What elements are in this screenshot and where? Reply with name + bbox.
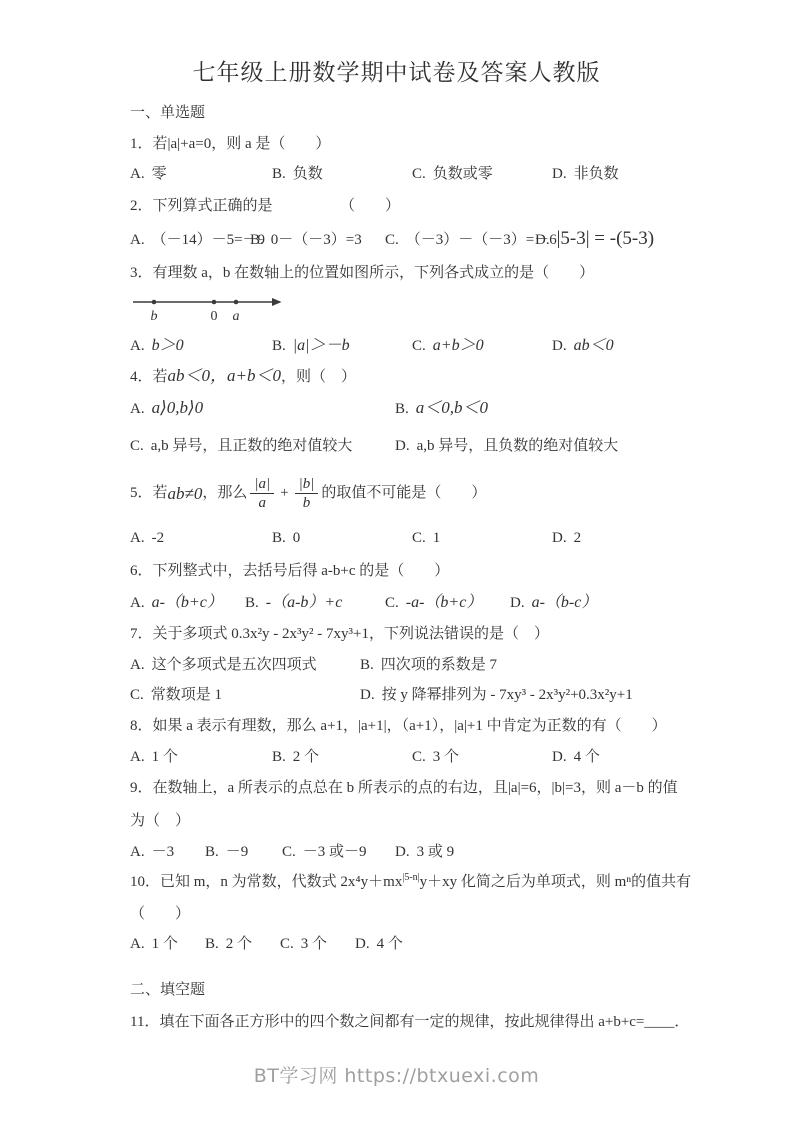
option-b: B.负数 xyxy=(272,164,412,185)
option-label: B. xyxy=(272,166,286,182)
option-label: B. xyxy=(245,595,259,611)
option-b: B.-（a-b）+c xyxy=(245,592,385,614)
option-label: A. xyxy=(130,401,145,417)
option-value: 按 y 降幂排列为 - 7xy³ - 2x³y²+0.3x²y+1 xyxy=(382,687,633,703)
option-d: D.4 个 xyxy=(552,747,600,768)
option-a: A.零 xyxy=(130,164,272,185)
option-value: －9 xyxy=(226,844,249,860)
option-c: C.a+b＞0 xyxy=(412,335,552,357)
option-a: A.这个多项式是五次四项式 xyxy=(130,655,360,676)
option-d: D.3 或 9 xyxy=(395,842,454,863)
option-label: A. xyxy=(130,657,145,673)
option-value-math: ab＜0 xyxy=(574,337,614,354)
option-value: 3 个 xyxy=(301,936,327,952)
q5-pre: 5．若 xyxy=(130,483,168,504)
q10-exponent: |5-n| xyxy=(402,872,419,883)
question-5-text: 5．若ab≠0，那么 |a|a + |b|b 的取值不可能是（ ） xyxy=(130,467,793,519)
option-label: D. xyxy=(360,687,375,703)
option-label: B. xyxy=(205,936,219,952)
option-value-math: b＞0 xyxy=(152,337,184,354)
option-a: A.a-（b+c） xyxy=(130,592,245,614)
option-value: 3 个 xyxy=(433,749,459,765)
option-d: D.ab＜0 xyxy=(552,335,614,357)
option-label: C. xyxy=(412,338,426,354)
question-10-options: A.1 个 B.2 个 C.3 个 D.4 个 xyxy=(130,934,793,955)
number-line-svg: b 0 a xyxy=(132,291,282,325)
option-d: D.按 y 降幂排列为 - 7xy³ - 2x³y²+0.3x²y+1 xyxy=(360,685,633,706)
option-a: A.b＞0 xyxy=(130,335,272,357)
option-value: 0 xyxy=(293,530,301,546)
option-label: D. xyxy=(510,595,525,611)
numberline-label-a: a xyxy=(233,309,240,324)
option-a: A.1 个 xyxy=(130,747,272,768)
question-7-options-cd: C.常数项是 1 D.按 y 降幂排列为 - 7xy³ - 2x³y²+0.3x… xyxy=(130,685,793,706)
option-label: D. xyxy=(552,338,567,354)
option-value: 这个多项式是五次四项式 xyxy=(152,657,317,673)
option-value: 2 个 xyxy=(293,749,319,765)
numberline-arrow-icon xyxy=(272,298,282,306)
fraction-numerator: |a| xyxy=(250,475,274,494)
option-label: A. xyxy=(130,232,145,248)
numberline-point-a xyxy=(234,300,239,305)
section-one-heading: 一、单选题 xyxy=(130,103,793,124)
option-d: D.|5-3| = -(5-3) xyxy=(535,225,654,254)
option-c: C.a,b 异号，且正数的绝对值较大 xyxy=(130,436,395,457)
option-label: A. xyxy=(130,595,145,611)
option-label: C. xyxy=(385,232,399,248)
option-value-math: a-（b+c） xyxy=(152,594,223,611)
option-label: C. xyxy=(412,530,426,546)
number-line-figure: b 0 a xyxy=(132,291,793,330)
option-value: 4 个 xyxy=(377,936,403,952)
question-9-options: A.－3 B.－9 C.－3 或－9 D.3 或 9 xyxy=(130,842,793,863)
option-b: B.0－（－3）=3 xyxy=(250,226,385,254)
option-value-math: |a|＞－b xyxy=(293,337,350,354)
exam-body: 一、单选题 1．若|a|+a=0，则 a 是（ ） A.零 B.负数 C.负数或… xyxy=(0,103,793,1033)
q10-part1: 10．已知 m，n 为常数，代数式 2x⁴y＋mx xyxy=(130,874,402,890)
option-value: 1 xyxy=(433,530,441,546)
question-2-options: A.（－14）－5=－9 B.0－（－3）=3 C.（－3）－（－3）=－6 D… xyxy=(130,225,793,253)
option-label: B. xyxy=(272,749,286,765)
question-3-options: A.b＞0 B.|a|＞－b C.a+b＞0 D.ab＜0 xyxy=(130,335,793,357)
option-c: C.负数或零 xyxy=(412,164,552,185)
option-c: C.1 xyxy=(412,528,552,549)
question-1-options: A.零 B.负数 C.负数或零 D.非负数 xyxy=(130,164,793,185)
option-c: C.-a-（b+c） xyxy=(385,592,510,614)
option-label: C. xyxy=(412,749,426,765)
q4-pre: 4．若 xyxy=(130,369,168,385)
option-label: D. xyxy=(355,936,370,952)
option-c: C.－3 或－9 xyxy=(282,842,395,863)
numberline-point-zero xyxy=(212,300,217,305)
option-value: 非负数 xyxy=(574,166,619,182)
option-value: 四次项的系数是 7 xyxy=(381,657,497,673)
option-d: D.a-（b-c） xyxy=(510,592,597,614)
option-value: －3 或－9 xyxy=(303,844,367,860)
option-d: D.非负数 xyxy=(552,164,619,185)
q4-math: ab＜0，a+b＜0 xyxy=(168,366,281,385)
option-c: C.常数项是 1 xyxy=(130,685,360,706)
question-7-text: 7．关于多项式 0.3x²y - 2x³y² - 7xy³+1，下列说法错误的是… xyxy=(130,624,793,645)
option-label: B. xyxy=(360,657,374,673)
plus-operator: + xyxy=(280,483,288,504)
fraction-denominator: b xyxy=(299,494,315,512)
numberline-point-b xyxy=(152,300,157,305)
numberline-label-b: b xyxy=(151,309,158,324)
option-label: C. xyxy=(385,595,399,611)
option-value-math: -a-（b+c） xyxy=(406,594,483,611)
footer-watermark: BT学习网 https://btxuexi.com xyxy=(0,1061,793,1088)
fraction-abs-b-over-b: |b|b xyxy=(295,475,319,512)
numberline-label-zero: 0 xyxy=(211,309,218,324)
option-a: A.a⟩0,b⟩0 xyxy=(130,397,395,420)
question-6-options: A.a-（b+c） B.-（a-b）+c C.-a-（b+c） D.a-（b-c… xyxy=(130,592,793,614)
q10-part2: y＋xy 化简之后为单项式，则 mⁿ的值共有 xyxy=(420,874,691,890)
option-label: A. xyxy=(130,749,145,765)
option-value: 2 xyxy=(574,530,582,546)
option-b: B.2 个 xyxy=(205,934,280,955)
option-a: A.（－14）－5=－9 xyxy=(130,226,250,254)
question-6-text: 6．下列整式中，去括号后得 a-b+c 的是（ ） xyxy=(130,561,793,582)
option-b: B.2 个 xyxy=(272,747,412,768)
question-9-text-line2: 为（ ） xyxy=(130,811,793,832)
fraction-numerator: |b| xyxy=(295,475,319,494)
question-9-text-line1: 9．在数轴上，a 所表示的点总在 b 所表示的点的右边，且|a|=6，|b|=3… xyxy=(130,778,793,799)
fraction-abs-a-over-a: |a|a xyxy=(250,475,274,512)
option-b: B.0 xyxy=(272,528,412,549)
option-label: D. xyxy=(552,530,567,546)
option-c: C.3 个 xyxy=(280,934,355,955)
option-value: 4 个 xyxy=(574,749,600,765)
option-c: C.3 个 xyxy=(412,747,552,768)
option-a: A.1 个 xyxy=(130,934,205,955)
option-value: a,b 异号，且正数的绝对值较大 xyxy=(151,438,353,454)
option-label: D. xyxy=(395,844,410,860)
question-8-text: 8．如果 a 表示有理数，那么 a+1，|a+1|，（a+1），|a|+1 中肯… xyxy=(130,716,793,737)
option-value: 2 个 xyxy=(226,936,252,952)
question-1-text: 1．若|a|+a=0，则 a 是（ ） xyxy=(130,134,793,155)
option-label: A. xyxy=(130,530,145,546)
option-value: 1 个 xyxy=(152,936,178,952)
option-label: C. xyxy=(130,438,144,454)
option-d: D.2 xyxy=(552,528,581,549)
question-8-options: A.1 个 B.2 个 C.3 个 D.4 个 xyxy=(130,747,793,768)
option-value: a,b 异号，且负数的绝对值较大 xyxy=(417,438,619,454)
option-label: D. xyxy=(552,166,567,182)
option-value-math: a+b＞0 xyxy=(433,337,484,354)
option-value: 3 或 9 xyxy=(417,844,455,860)
q5-tail: 的取值不可能是（ ） xyxy=(321,483,486,504)
option-value: 0－（－3）=3 xyxy=(271,232,362,248)
option-label: D. xyxy=(552,749,567,765)
question-5-options: A.-2 B.0 C.1 D.2 xyxy=(130,528,793,549)
option-value-math: -（a-b）+c xyxy=(266,594,343,611)
question-4-options-ab: A.a⟩0,b⟩0 B.a＜0,b＜0 xyxy=(130,397,793,420)
option-a: A.-2 xyxy=(130,528,272,549)
option-b: B.a＜0,b＜0 xyxy=(395,397,488,420)
option-label: C. xyxy=(412,166,426,182)
option-b: B.|a|＞－b xyxy=(272,335,412,357)
option-label: C. xyxy=(130,687,144,703)
option-label: D. xyxy=(535,232,550,248)
option-label: B. xyxy=(272,338,286,354)
question-7-options-ab: A.这个多项式是五次四项式 B.四次项的系数是 7 xyxy=(130,655,793,676)
option-c: C.（－3）－（－3）=－6 xyxy=(385,226,535,254)
option-label: A. xyxy=(130,166,145,182)
option-value: 负数 xyxy=(293,166,323,182)
option-d: D.a,b 异号，且负数的绝对值较大 xyxy=(395,436,618,457)
question-10-text-line1: 10．已知 m，n 为常数，代数式 2x⁴y＋mx|5-n|y＋xy 化简之后为… xyxy=(130,872,793,893)
question-4-text: 4．若ab＜0，a+b＜0，则（ ） xyxy=(130,365,793,388)
option-b: B.－9 xyxy=(205,842,282,863)
option-value-math: a＜0,b＜0 xyxy=(416,398,488,417)
option-label: A. xyxy=(130,338,145,354)
question-4-options-cd: C.a,b 异号，且正数的绝对值较大 D.a,b 异号，且负数的绝对值较大 xyxy=(130,436,793,457)
fraction-denominator: a xyxy=(255,494,271,512)
option-value: 零 xyxy=(152,166,167,182)
page-title: 七年级上册数学期中试卷及答案人教版 xyxy=(0,56,793,90)
option-a: A.－3 xyxy=(130,842,205,863)
question-10-text-line2: （ ） xyxy=(130,904,793,925)
option-value-math: a⟩0,b⟩0 xyxy=(152,398,204,417)
option-label: B. xyxy=(205,844,219,860)
option-label: D. xyxy=(395,438,410,454)
option-d: D.4 个 xyxy=(355,934,403,955)
q5-mid: ，那么 xyxy=(202,483,247,504)
option-label: A. xyxy=(130,844,145,860)
option-value: （－14）－5=－9 xyxy=(152,232,265,248)
option-label: A. xyxy=(130,936,145,952)
option-value: 常数项是 1 xyxy=(151,687,222,703)
option-value: 1 个 xyxy=(152,749,178,765)
option-label: B. xyxy=(272,530,286,546)
option-label: B. xyxy=(250,232,264,248)
question-3-text: 3．有理数 a，b 在数轴上的位置如图所示，下列各式成立的是（ ） xyxy=(130,263,793,284)
option-label: C. xyxy=(280,936,294,952)
question-2-text: 2．下列算式正确的是 （ ） xyxy=(130,196,793,217)
option-b: B.四次项的系数是 7 xyxy=(360,655,497,676)
exam-paper-page: 七年级上册数学期中试卷及答案人教版 一、单选题 1．若|a|+a=0，则 a 是… xyxy=(0,0,793,1122)
q5-math: ab≠0 xyxy=(168,483,203,504)
option-value: -2 xyxy=(152,530,165,546)
option-value-math: a-（b-c） xyxy=(532,594,598,611)
question-11-text: 11．填在下面各正方形中的四个数之间都有一定的规律，按此规律得出 a+b+c=_… xyxy=(130,1012,793,1033)
option-value: 负数或零 xyxy=(433,166,493,182)
option-value: －3 xyxy=(152,844,175,860)
q4-post: ，则（ ） xyxy=(281,369,356,385)
option-label: B. xyxy=(395,401,409,417)
option-value-math: |5-3| = -(5-3) xyxy=(557,228,654,249)
section-two-heading: 二、填空题 xyxy=(130,980,793,1001)
option-label: C. xyxy=(282,844,296,860)
